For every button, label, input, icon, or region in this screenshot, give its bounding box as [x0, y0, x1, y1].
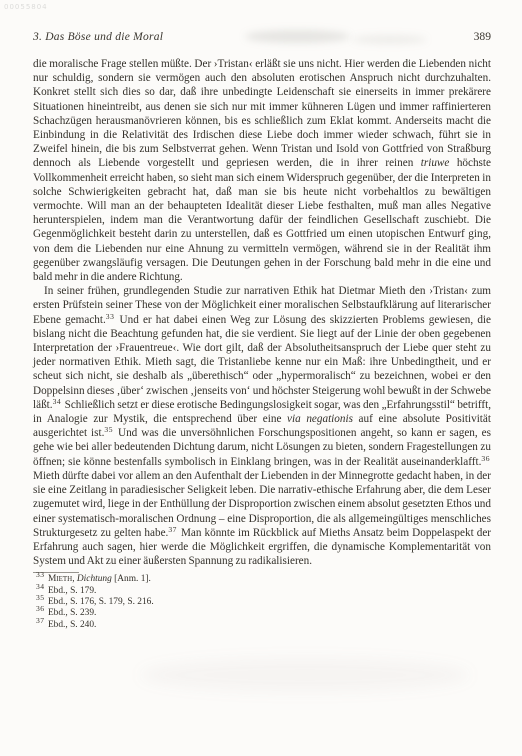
- footnote-number: 35: [36, 593, 45, 602]
- footnote-number: 37: [36, 616, 45, 625]
- text-segment: [Anm. 1].: [112, 574, 151, 584]
- footnote: 34 Ebd., S. 179.: [33, 586, 491, 597]
- text-segment: Ebd., S. 240.: [46, 620, 97, 630]
- body-paragraph: die moralische Frage stellen müßte. Der …: [33, 57, 491, 284]
- footnote-reference-marker: 33: [106, 312, 115, 321]
- text-segment: Und er hat dabei einen Weg zur Lösung de…: [33, 314, 491, 411]
- page-content: die moralische Frage stellen müßte. Der …: [33, 57, 491, 631]
- scan-smudge: [140, 658, 470, 692]
- footnote-reference-marker: 36: [481, 454, 490, 463]
- body-text: die moralische Frage stellen müßte. Der …: [33, 57, 491, 568]
- footnote: 35 Ebd., S. 176, S. 179, S. 216.: [33, 597, 491, 608]
- text-segment: Ebd., S. 179.: [46, 586, 97, 596]
- footnote: 36 Ebd., S. 239.: [33, 608, 491, 619]
- text-segment: triuwe: [421, 157, 450, 169]
- page-number: 389: [474, 30, 491, 43]
- scan-watermark: 00055804: [4, 3, 48, 11]
- footnote-number: 36: [36, 604, 45, 613]
- text-segment: Ebd., S. 176, S. 179, S. 216.: [46, 597, 154, 607]
- footnote: 37 Ebd., S. 240.: [33, 620, 491, 631]
- running-chapter-title: 3. Das Böse und die Moral: [33, 31, 163, 43]
- text-segment: Mieth: [48, 574, 72, 584]
- footnote-number: 34: [36, 582, 45, 591]
- footnote: 33 Mieth, Dichtung [Anm. 1].: [33, 574, 491, 585]
- footnote-reference-marker: 35: [104, 425, 113, 434]
- text-segment: Ebd., S. 239.: [46, 608, 97, 618]
- text-segment: Dichtung: [77, 574, 112, 584]
- footnote-number: 33: [36, 570, 45, 579]
- footnote-reference-marker: 34: [53, 397, 62, 406]
- footnotes: 33 Mieth, Dichtung [Anm. 1].34 Ebd., S. …: [33, 574, 491, 630]
- footnote-reference-marker: 37: [168, 525, 177, 534]
- page-header: 3. Das Böse und die Moral 389: [33, 30, 491, 43]
- book-page: 00055804 3. Das Böse und die Moral 389 d…: [0, 0, 522, 756]
- text-segment: die moralische Frage stellen müßte. Der …: [33, 58, 491, 169]
- body-paragraph: In seiner frühen, grundlegenden Studie z…: [33, 284, 491, 568]
- text-segment: via negationis: [287, 413, 353, 425]
- text-segment: höchste Vollkommenheit erreicht haben, s…: [33, 157, 491, 283]
